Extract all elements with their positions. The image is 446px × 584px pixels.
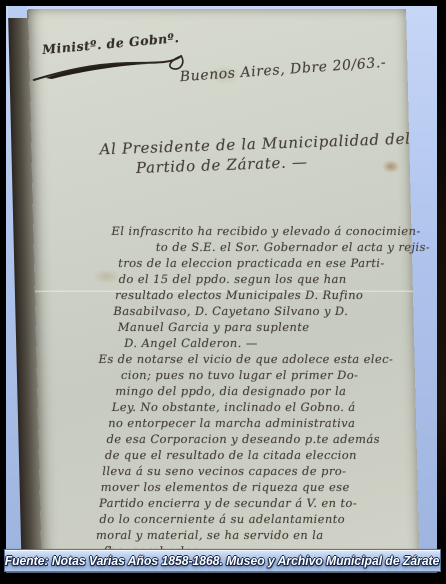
source-caption-bar: Fuente: Notas Varias Años 1858-1868. Mus… bbox=[4, 549, 441, 572]
handwritten-line: moral y material, se ha servido en la bbox=[96, 527, 417, 543]
letter-page: Ministº. de Gobnº. Buenos Aires, Dbre 20… bbox=[28, 9, 420, 572]
letter-body: El infrascrito ha recibido y elevado á c… bbox=[109, 223, 417, 559]
handwritten-line: mingo del ppdo, dia designado por la bbox=[115, 383, 413, 399]
handwritten-line: mover los elementos de riqueza que ese bbox=[100, 479, 415, 495]
handwritten-line: Manuel Garcia y para suplente bbox=[118, 319, 412, 335]
paper-stain bbox=[382, 160, 400, 173]
handwritten-line: resultado electos Municipales D. Rufino bbox=[115, 287, 411, 303]
salutation-line: Partido de Zárate. — bbox=[135, 153, 308, 177]
handwritten-line: D. Angel Calderon. — bbox=[124, 335, 412, 351]
backdrop-corner-notch bbox=[8, 6, 27, 18]
handwritten-line: do lo concerniente á su adelantamiento bbox=[99, 511, 416, 527]
handwritten-line: to de S.E. el Sor. Gobernador el acta y … bbox=[156, 239, 410, 255]
ink-flourish-icon bbox=[31, 49, 202, 87]
photo-edge-shadow bbox=[437, 0, 446, 584]
handwritten-line: Es de notarse el vicio de que adolece es… bbox=[98, 351, 412, 367]
handwritten-line: de esa Corporacion y deseando p.te ademá… bbox=[106, 431, 414, 447]
handwritten-line: cion; pues no tuvo lugar el primer Do- bbox=[121, 367, 413, 383]
handwritten-line: do el 15 del ppdo. segun los que han bbox=[118, 271, 410, 287]
handwritten-line: Ley. No obstante, inclinado el Gobno. á bbox=[112, 399, 414, 415]
dateline: Buenos Aires, Dbre 20/63.- bbox=[179, 55, 387, 85]
handwritten-line: tros de la eleccion practicada en ese Pa… bbox=[118, 255, 410, 271]
handwritten-line: de que el resultado de la citada eleccio… bbox=[105, 447, 415, 463]
handwritten-line: Partido encierra y de secundar á V. en t… bbox=[99, 495, 416, 511]
source-caption-text: Fuente: Notas Varias Años 1858-1868. Mus… bbox=[5, 554, 440, 568]
handwritten-line: no entorpecer la marcha administrativa bbox=[108, 415, 414, 431]
handwritten-line: lleva á su seno vecinos capaces de pro- bbox=[102, 463, 415, 479]
handwritten-line: El infrascrito ha recibido y elevado á c… bbox=[111, 223, 409, 239]
handwritten-line: Basabilvaso, D. Cayetano Silvano y D. bbox=[113, 303, 411, 319]
